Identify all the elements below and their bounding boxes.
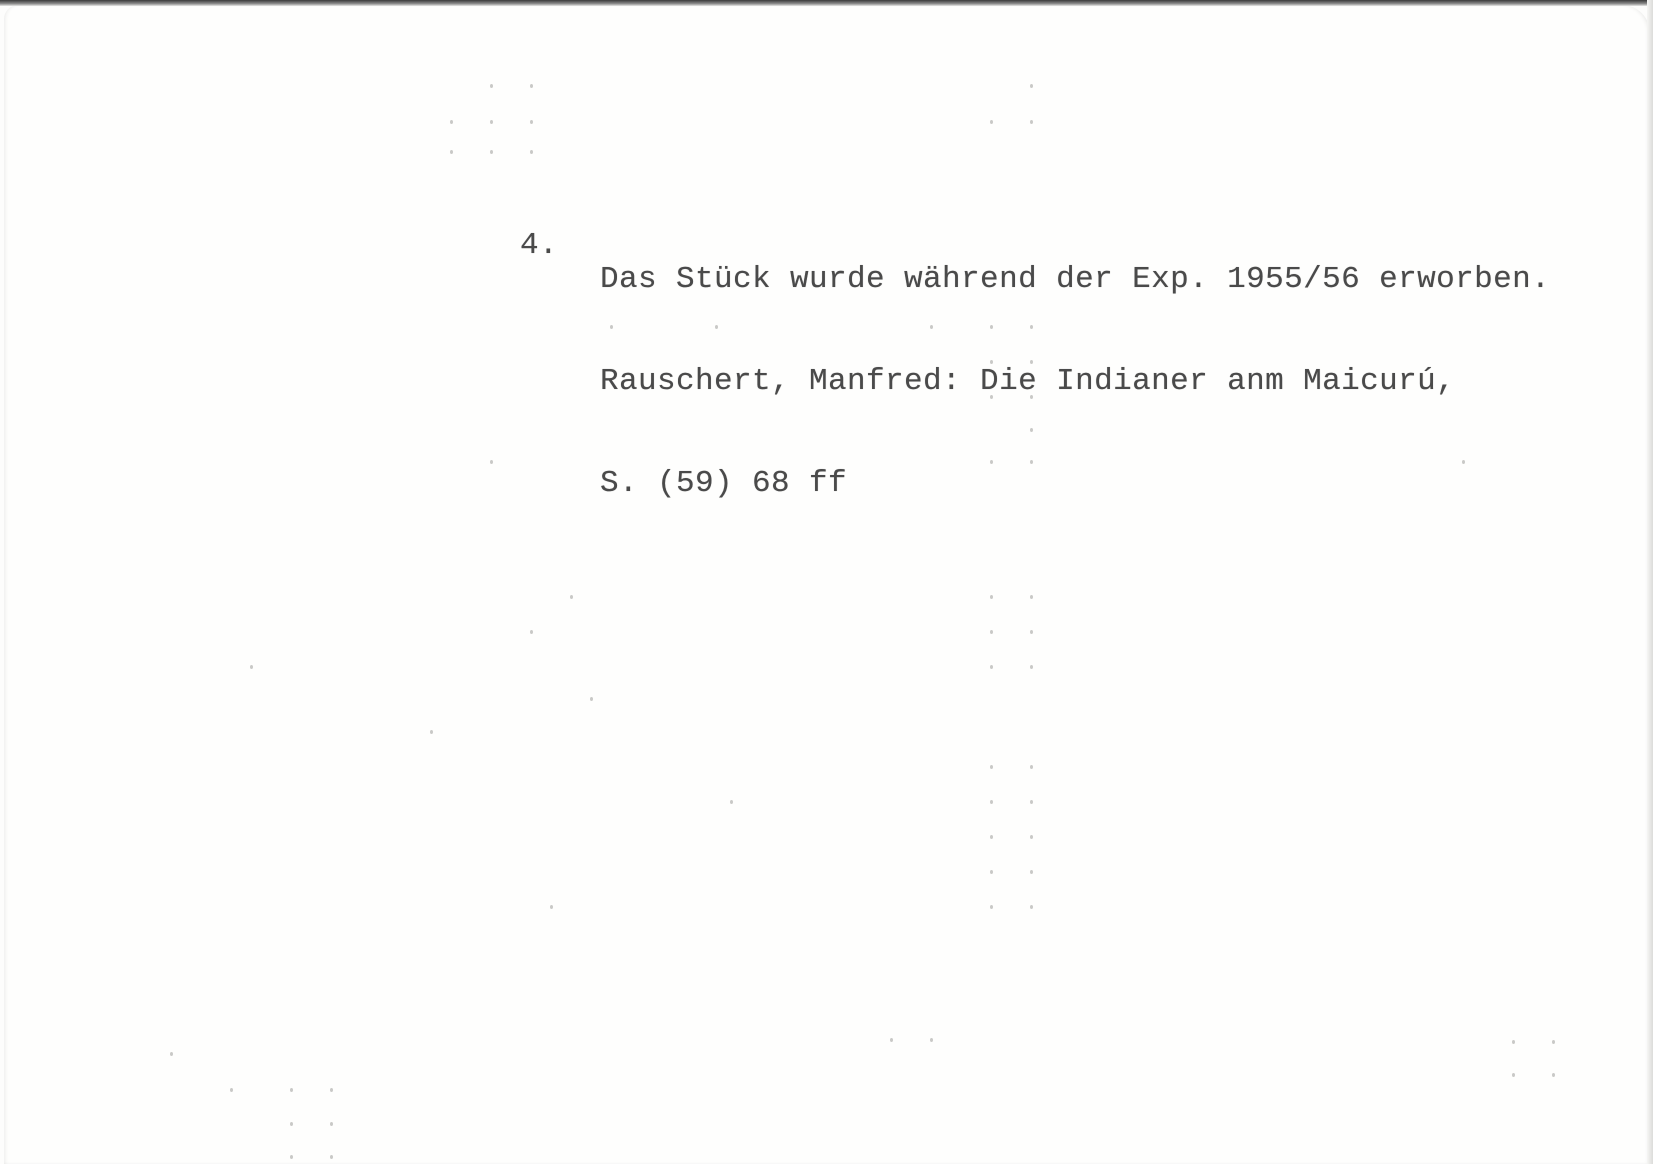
show-through-mark bbox=[530, 150, 533, 154]
show-through-mark bbox=[1030, 120, 1033, 124]
show-through-mark bbox=[290, 1122, 293, 1126]
show-through-mark bbox=[170, 1052, 173, 1056]
show-through-mark bbox=[1030, 800, 1033, 804]
show-through-mark bbox=[1030, 765, 1033, 769]
show-through-mark bbox=[1030, 870, 1033, 874]
show-through-mark bbox=[990, 835, 993, 839]
show-through-mark bbox=[990, 630, 993, 634]
show-through-mark bbox=[530, 630, 533, 634]
show-through-mark bbox=[990, 800, 993, 804]
show-through-mark bbox=[450, 150, 453, 154]
show-through-mark bbox=[450, 120, 453, 124]
item-number: 4. bbox=[520, 229, 558, 263]
show-through-mark bbox=[990, 595, 993, 599]
show-through-mark bbox=[990, 905, 993, 909]
show-through-mark bbox=[530, 84, 533, 88]
entry-line-reference: Rauschert, Manfred: Die Indianer anm Mai… bbox=[600, 365, 1550, 399]
show-through-mark bbox=[1030, 630, 1033, 634]
show-through-mark bbox=[890, 1038, 893, 1042]
show-through-mark bbox=[330, 1088, 333, 1092]
show-through-mark bbox=[550, 905, 553, 909]
card-top-edge bbox=[0, 0, 1653, 6]
show-through-mark bbox=[990, 120, 993, 124]
show-through-mark bbox=[290, 1155, 293, 1159]
show-through-mark bbox=[530, 120, 533, 124]
show-through-mark bbox=[490, 120, 493, 124]
card-right-edge bbox=[1647, 0, 1653, 1164]
entry-line-pages: S. (59) 68 ff bbox=[600, 467, 1550, 501]
show-through-mark bbox=[590, 697, 593, 701]
show-through-mark bbox=[990, 765, 993, 769]
show-through-mark bbox=[490, 460, 493, 464]
show-through-mark bbox=[1552, 1073, 1555, 1077]
show-through-mark bbox=[930, 1038, 933, 1042]
show-through-mark bbox=[990, 665, 993, 669]
show-through-mark bbox=[330, 1155, 333, 1159]
show-through-mark bbox=[1030, 84, 1033, 88]
show-through-mark bbox=[990, 870, 993, 874]
show-through-mark bbox=[290, 1088, 293, 1092]
entry-line-acquisition: Das Stück wurde während der Exp. 1955/56… bbox=[600, 263, 1550, 297]
show-through-mark bbox=[490, 84, 493, 88]
show-through-mark bbox=[430, 730, 433, 734]
scanned-card: 4. Das Stück wurde während der Exp. 1955… bbox=[0, 0, 1653, 1164]
show-through-mark bbox=[570, 595, 573, 599]
index-card bbox=[4, 5, 1650, 1164]
show-through-mark bbox=[1512, 1073, 1515, 1077]
show-through-mark bbox=[730, 800, 733, 804]
show-through-mark bbox=[1030, 835, 1033, 839]
show-through-mark bbox=[250, 665, 253, 669]
show-through-mark bbox=[330, 1122, 333, 1126]
card-entry-text: Das Stück wurde während der Exp. 1955/56… bbox=[600, 195, 1550, 569]
show-through-mark bbox=[1030, 905, 1033, 909]
show-through-mark bbox=[1552, 1040, 1555, 1044]
show-through-mark bbox=[1030, 595, 1033, 599]
show-through-mark bbox=[1512, 1040, 1515, 1044]
show-through-mark bbox=[490, 150, 493, 154]
show-through-mark bbox=[1030, 665, 1033, 669]
show-through-mark bbox=[230, 1088, 233, 1092]
